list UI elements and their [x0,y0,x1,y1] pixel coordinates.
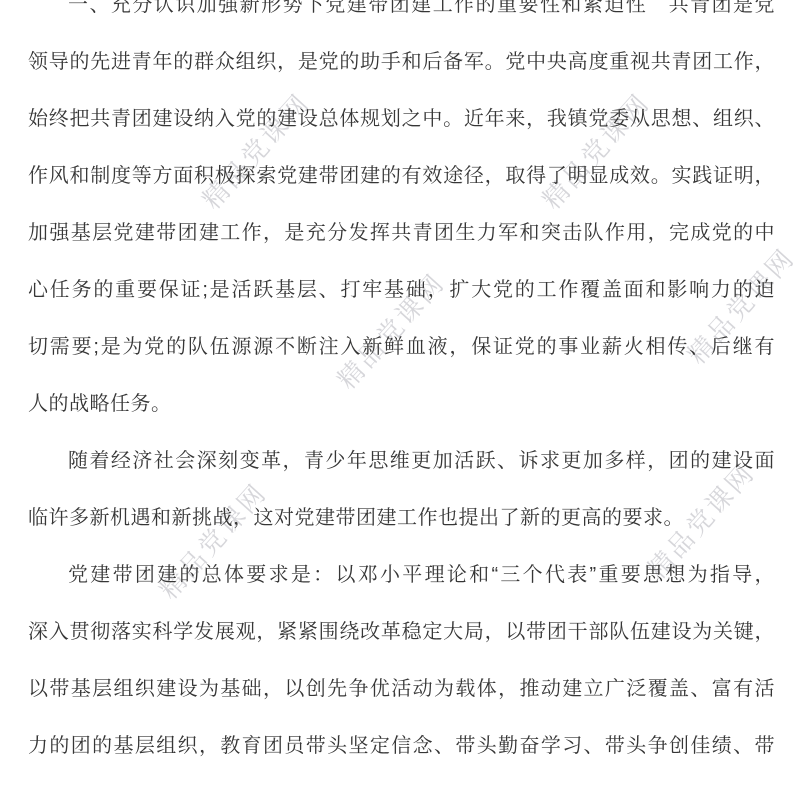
text-line-p1-6: 心任务的重要保证;是活跃基层、打牢基础，扩大党的工作覆盖面和影响力的迫 [28,262,775,319]
text-line-p3-1: 党建带团建的总体要求是：以邓小平理论和“三个代表”重要思想为指导， [28,547,775,604]
text-line-p1-5: 加强基层党建带团建工作，是充分发挥共青团生力军和突击队作用，完成党的中 [28,205,775,262]
text-line-p3-3: 以带基层组织建设为基础，以创先争优活动为载体，推动建立广泛覆盖、富有活 [28,661,775,718]
text-line-p1-2: 领导的先进青年的群众组织，是党的助手和后备军。党中央高度重视共青团工作， [28,34,775,91]
text-line-p3-4: 力的团的基层组织，教育团员带头坚定信念、带头勤奋学习、带头争创佳绩、带 [28,718,775,775]
text-line-p1-1: 一、充分认识加强新形势下党建带团建工作的重要性和紧迫性 共青团是党 [28,0,775,34]
text-line-p3-2: 深入贯彻落实科学发展观，紧紧围绕改革稳定大局，以带团干部队伍建设为关键， [28,604,775,661]
text-line-p2-2: 临许多新机遇和新挑战，这对党建带团建工作也提出了新的更高的要求。 [28,490,775,547]
document-body: 一、充分认识加强新形势下党建带团建工作的重要性和紧迫性 共青团是党领导的先进青年… [28,0,775,775]
text-line-p1-8: 人的战略任务。 [28,376,775,433]
text-line-p1-7: 切需要;是为党的队伍源源不断注入新鲜血液，保证党的事业薪火相传、后继有 [28,319,775,376]
text-line-p2-1: 随着经济社会深刻变革，青少年思维更加活跃、诉求更加多样，团的建设面 [28,433,775,490]
text-line-p1-3: 始终把共青团建设纳入党的建设总体规划之中。近年来，我镇党委从思想、组织、 [28,91,775,148]
text-line-p1-4: 作风和制度等方面积极探索党建带团建的有效途径，取得了明显成效。实践证明， [28,148,775,205]
document-page: 精品党课网精品党课网精品党课网精品党课网精品党课网精品党课网 一、充分认识加强新… [0,0,800,800]
